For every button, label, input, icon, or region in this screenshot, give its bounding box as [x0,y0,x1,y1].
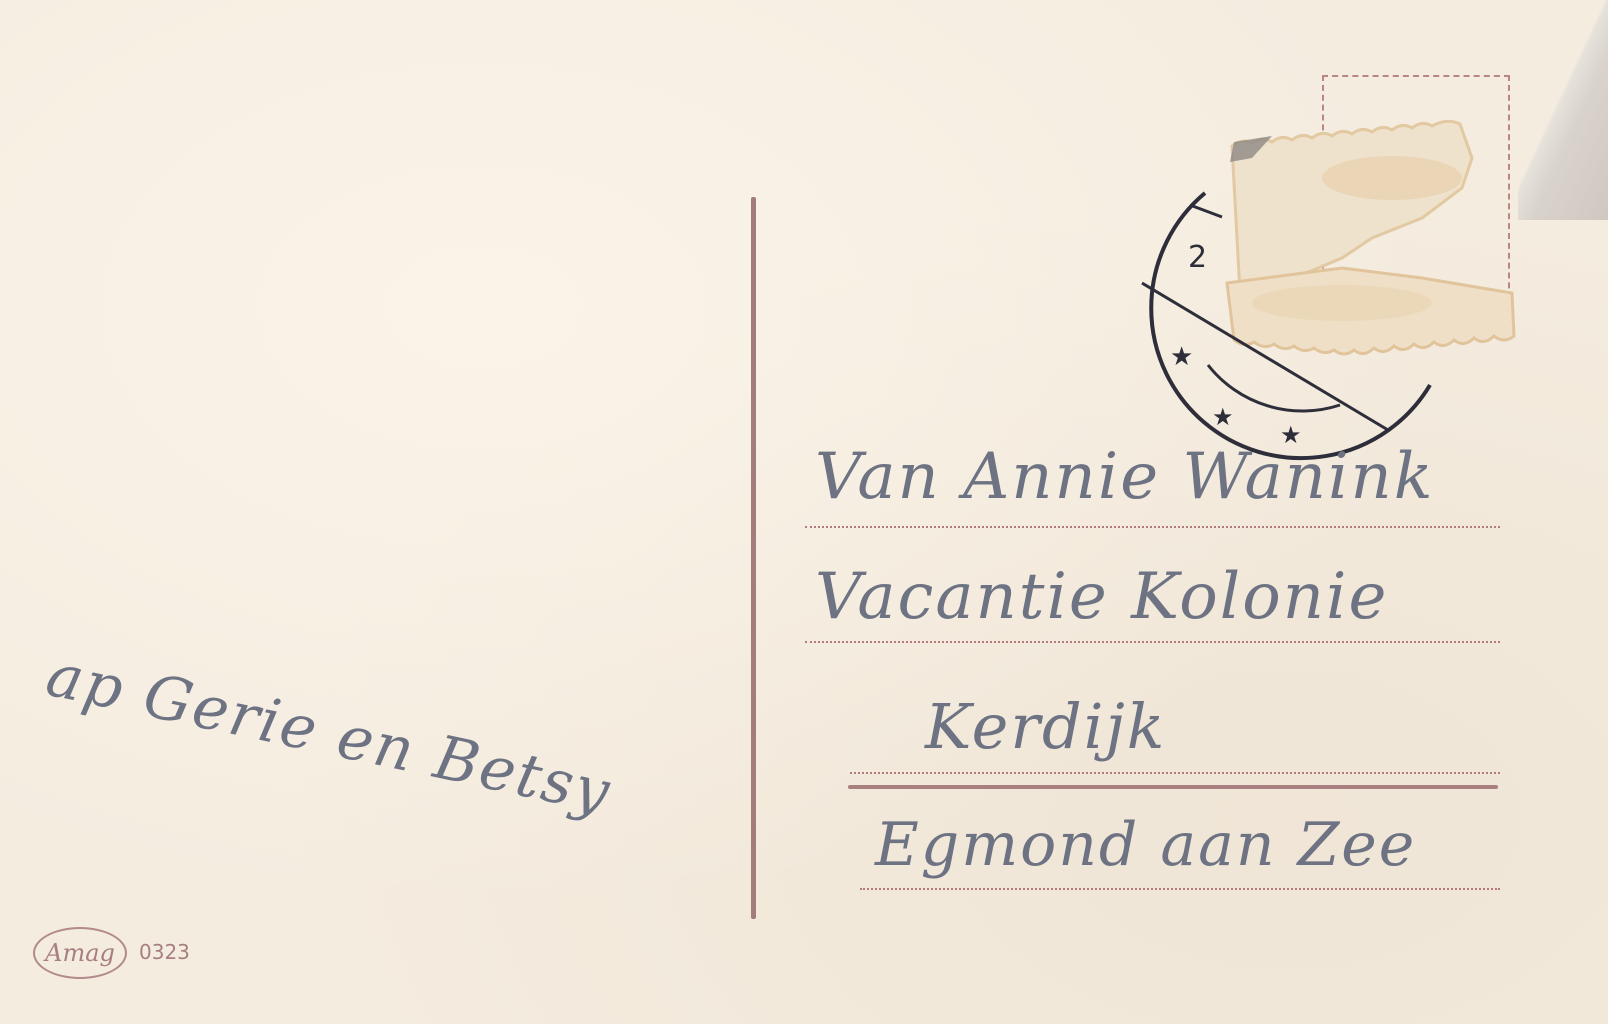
handwritten-message: ap Gerie en Betsy [40,640,617,828]
star-icon: ★ [1212,403,1234,431]
address-solid-rule [848,785,1498,789]
address-line-4 [860,888,1500,890]
center-divider-line [751,197,756,919]
postmark-cancellation: ★ ★ ★ [1130,165,1450,485]
address-line-2 [805,641,1500,643]
publisher-number: 0323 [139,940,190,964]
address-institution: Vacantie Kolonie [815,560,1388,634]
torn-corner [1518,0,1608,220]
postcard-back: ★ ★ ★ 2 Van Annie Wanink Vacantie Koloni… [0,0,1608,1024]
postmark-date: 2 [1188,240,1207,275]
publisher-logo: Amag [33,927,127,979]
address-line-3 [850,772,1500,774]
address-street: Kerdijk [925,690,1166,763]
address-city: Egmond aan Zee [875,810,1416,880]
star-icon: ★ [1170,342,1193,372]
address-line-1 [805,526,1500,528]
address-sender: Van Annie Wanink [815,440,1434,514]
publisher-logo-text: Amag [45,939,115,967]
